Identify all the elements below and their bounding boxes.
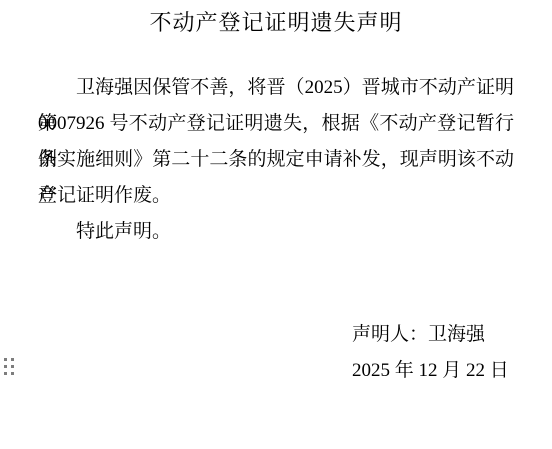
document-body[interactable]: 卫海强因保管不善，将晋（2025）晋城市不动产证明第 0007926 号不动产登… xyxy=(38,70,514,250)
drag-handle-dot xyxy=(4,358,7,361)
drag-handle-dot xyxy=(4,365,7,368)
drag-handle-dot xyxy=(11,365,14,368)
declarant-line: 声明人：卫海强 xyxy=(352,317,509,353)
drag-handle-dot xyxy=(11,358,14,361)
document-page: 不动产登记证明遗失声明 卫海强因保管不善，将晋（2025）晋城市不动产证明第 0… xyxy=(0,0,552,449)
date-line: 2025 年 12 月 22 日 xyxy=(352,353,509,389)
drag-handle-icon[interactable] xyxy=(4,358,14,375)
body-line: 0007926 号不动产登记证明遗失，根据《不动产登记暂行条 xyxy=(38,106,514,142)
document-title: 不动产登记证明遗失声明 xyxy=(0,6,552,37)
body-line: 特此声明。 xyxy=(38,214,514,250)
drag-handle-dot xyxy=(4,372,7,375)
drag-handle-dot xyxy=(11,372,14,375)
body-line: 例实施细则》第二十二条的规定申请补发，现声明该不动产 xyxy=(38,142,514,178)
body-line: 卫海强因保管不善，将晋（2025）晋城市不动产证明第 xyxy=(38,70,514,106)
signature-block: 声明人：卫海强 2025 年 12 月 22 日 xyxy=(352,317,509,389)
body-line: 登记证明作废。 xyxy=(38,178,514,214)
